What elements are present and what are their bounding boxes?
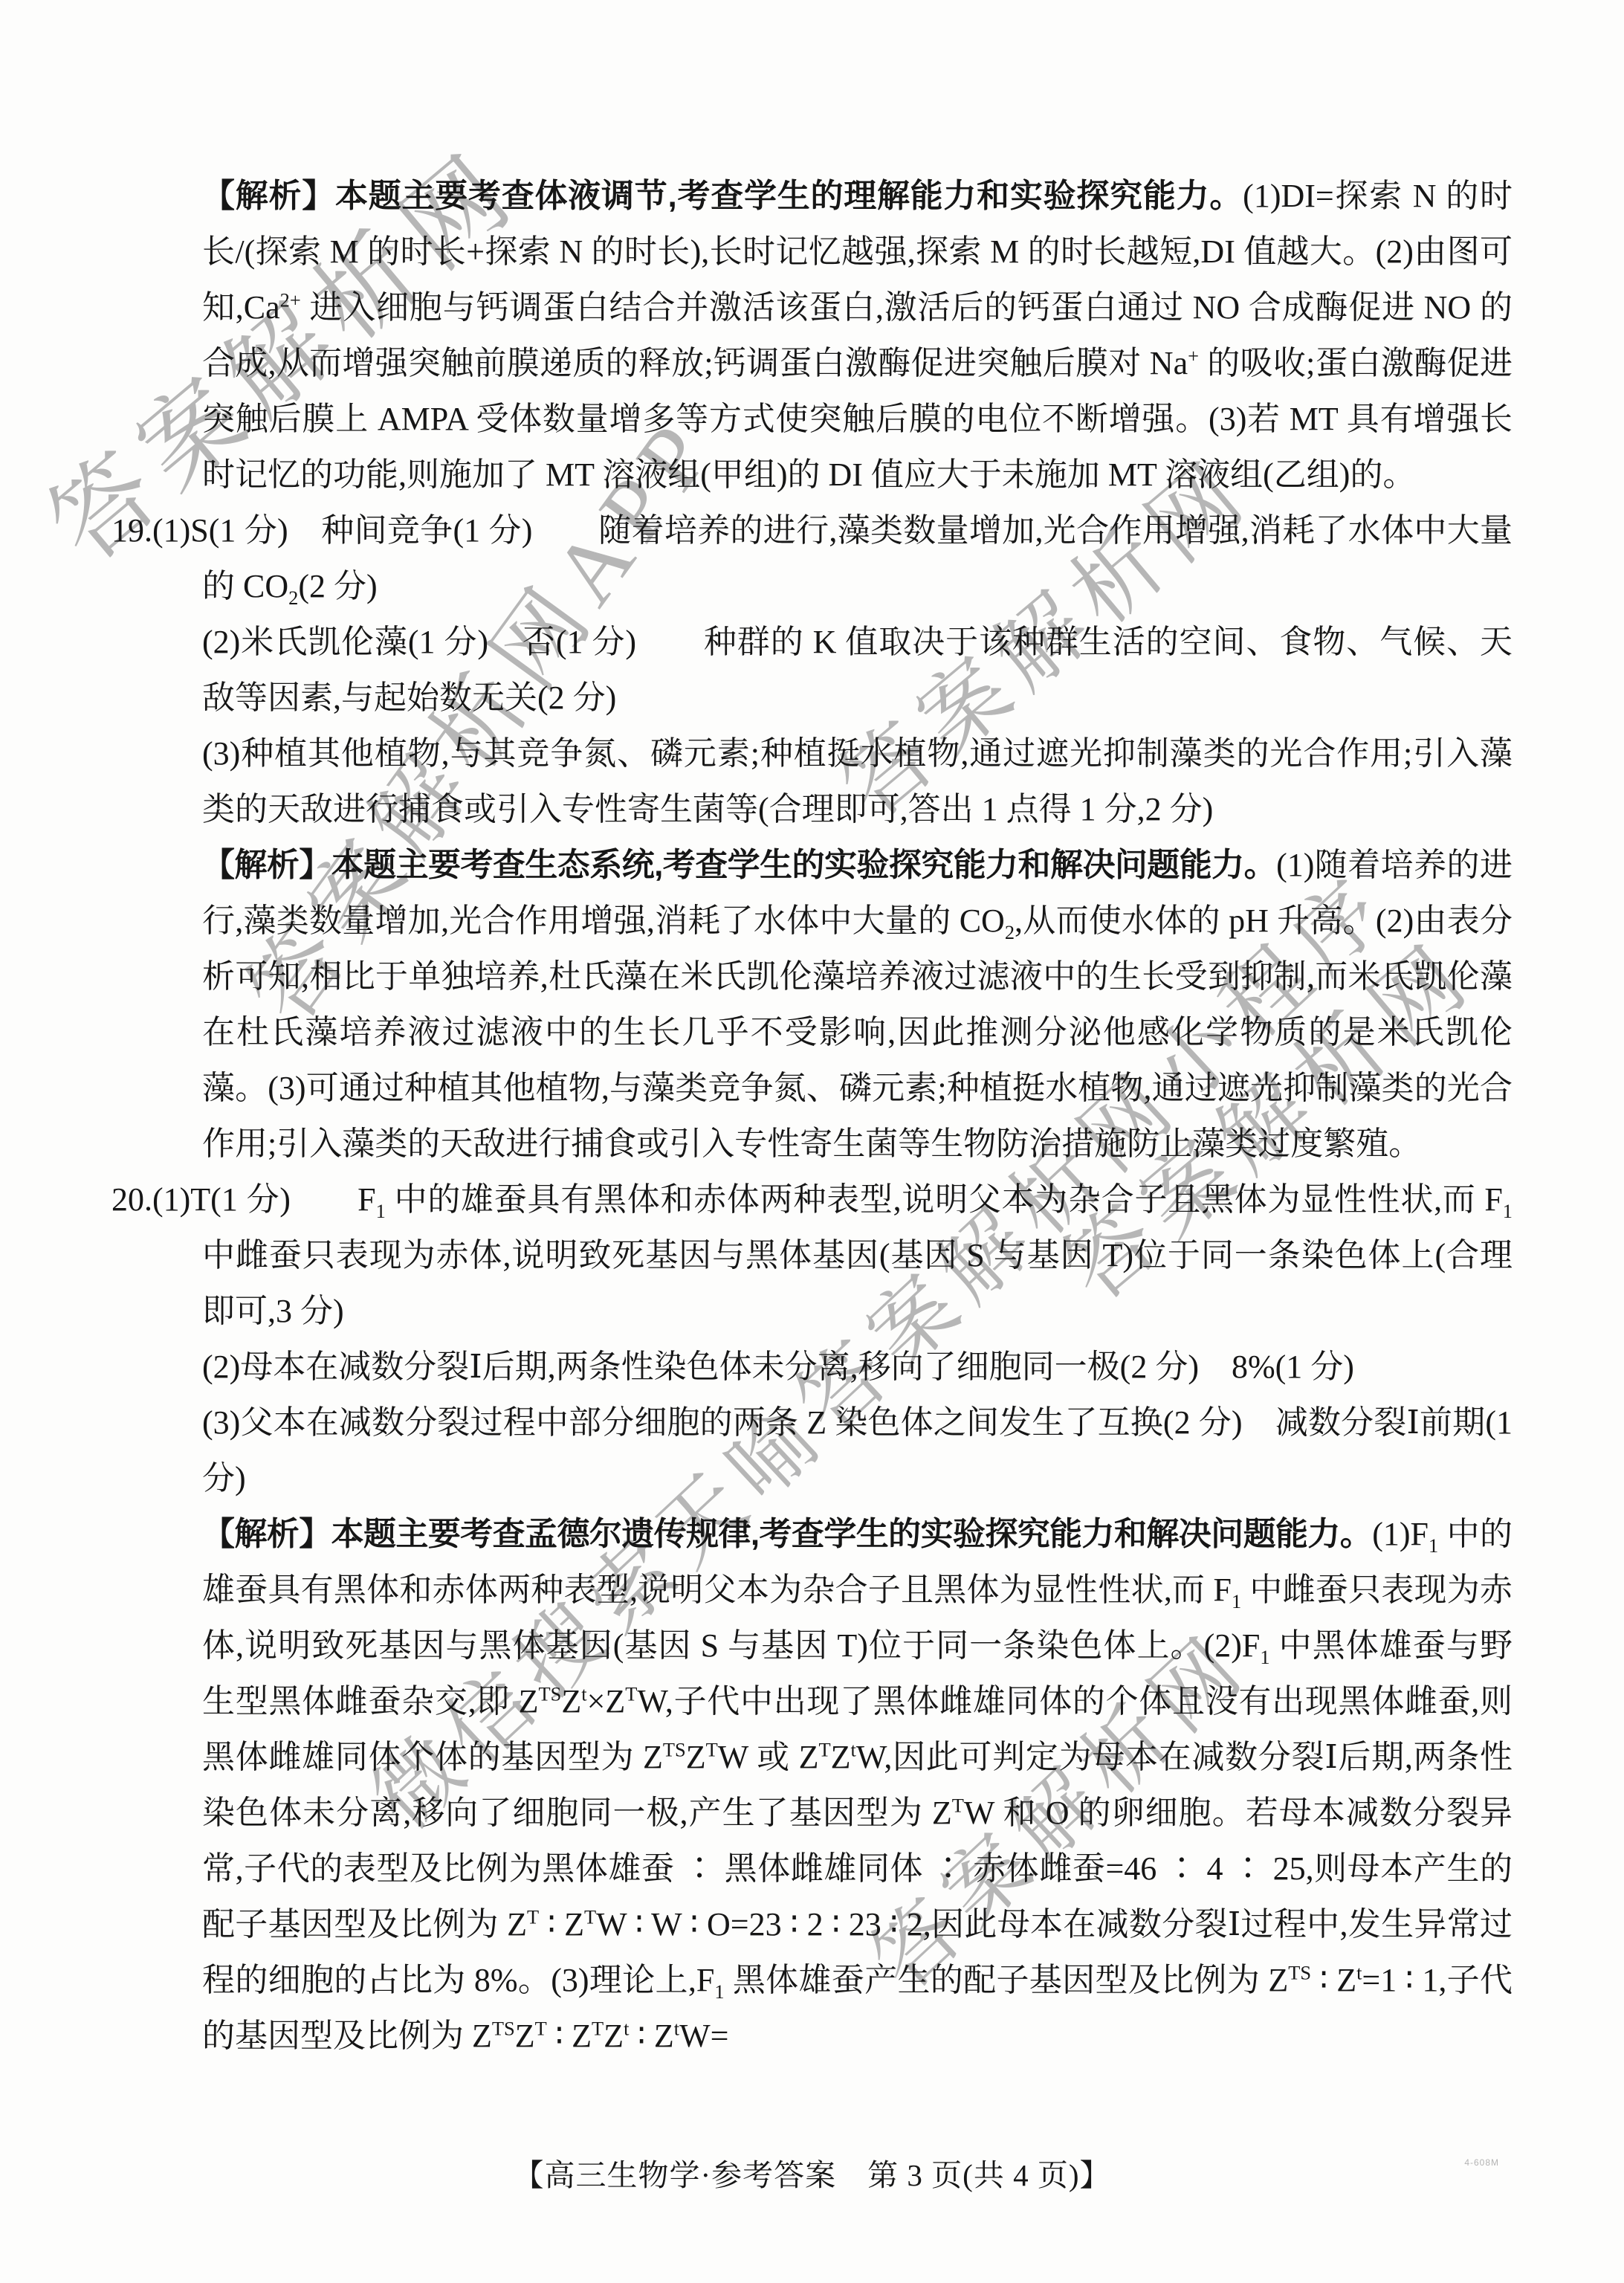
q19-analysis: 【解析】本题主要考查生态系统,考查学生的实验探究能力和解决问题能力。(1)随着培… <box>111 837 1513 1172</box>
q18-analysis: 【解析】本题主要考查体液调节,考查学生的理解能力和实验探究能力。(1)DI=探索… <box>111 168 1513 503</box>
q19-answer-2: (2)米氏凯伦藻(1 分) 否(1 分) 种群的 K 值取决于该种群生活的空间、… <box>111 614 1513 726</box>
q19-answer-1: 19.(1)S(1 分) 种间竞争(1 分) 随着培养的进行,藻类数量增加,光合… <box>111 503 1513 614</box>
answer-body: 【解析】本题主要考查体液调节,考查学生的理解能力和实验探究能力。(1)DI=探索… <box>0 0 1624 2064</box>
q20-answer-2: (2)母本在减数分裂Ⅰ后期,两条性染色体未分离,移向了细胞同一极(2 分) 8%… <box>111 1339 1513 1395</box>
q20-analysis: 【解析】本题主要考查孟德尔遗传规律,考查学生的实验探究能力和解决问题能力。(1)… <box>111 1506 1513 2064</box>
q20-answer-1: 20.(1)T(1 分) F1 中的雄蚕具有黑体和赤体两种表型,说明父本为杂合子… <box>111 1172 1513 1339</box>
page-footer: 【高三生物学·参考答案 第 3 页(共 4 页)】 <box>0 2151 1624 2195</box>
exam-answer-page: 答案解析网答案解析网APP答案解析网答案解析网微信搜索天喻答案解析网小程序答案解… <box>0 0 1624 2283</box>
print-code: 4-608M <box>1464 2157 1499 2168</box>
q19-answer-3: (3)种植其他植物,与其竞争氮、磷元素;种植挺水植物,通过遮光抑制藻类的光合作用… <box>111 726 1513 837</box>
q20-answer-3: (3)父本在减数分裂过程中部分细胞的两条 Z 染色体之间发生了互换(2 分) 减… <box>111 1395 1513 1506</box>
